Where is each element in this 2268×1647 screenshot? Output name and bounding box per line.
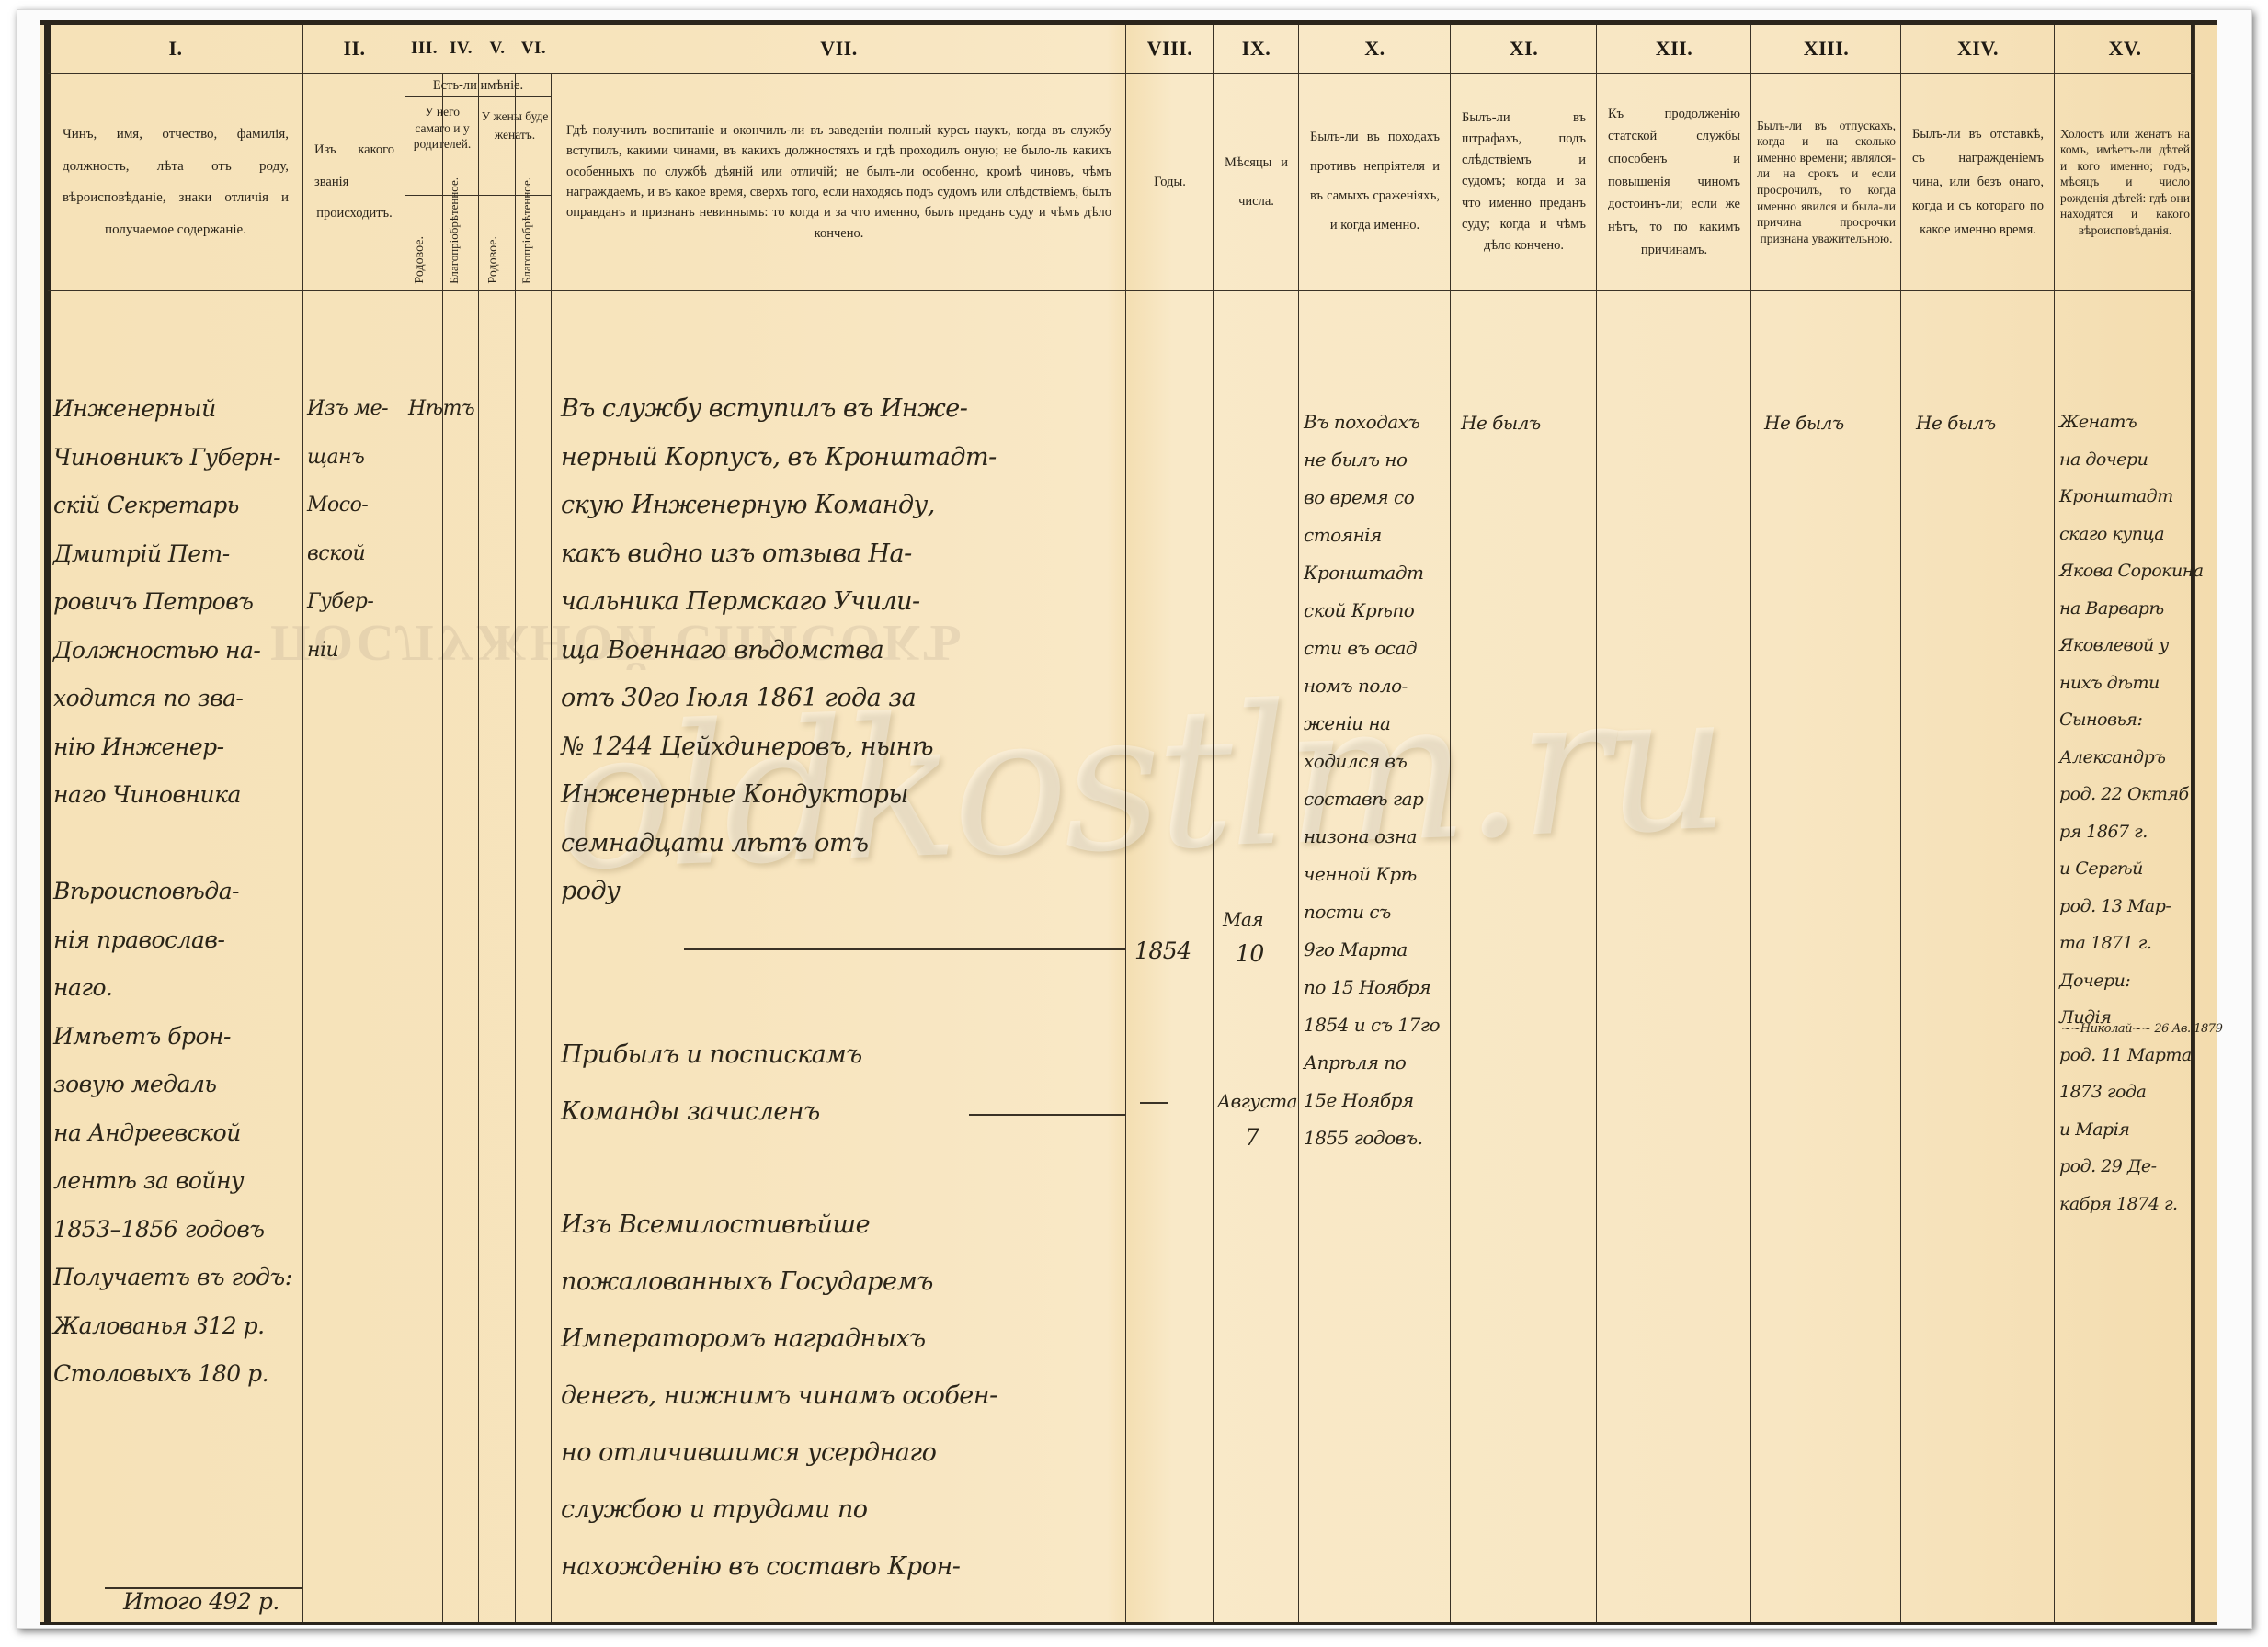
header-col11-penalties: Былъ-ли въ штрафахъ, подъ слѣдствіемъ и …	[1451, 74, 1597, 291]
estate-type-1: Родовое.	[413, 236, 427, 284]
header-numeral-4: IV.	[443, 25, 479, 74]
col-4	[443, 74, 479, 1622]
entry-col11-penalties: Не былъ	[1461, 403, 1541, 442]
entry-col1-total: Итого 492 р.	[123, 1578, 279, 1627]
entry-col15-family: Женатъ на дочери Кронштадт скаго купца Я…	[2059, 403, 2204, 1222]
header-estate-group: Есть-ли имѣніе.	[405, 74, 552, 97]
header-numeral-14: XIV.	[1901, 25, 2055, 74]
header-numeral-8: VIII.	[1126, 25, 1214, 74]
entry-col1-rank-name: Инженерный Чиновникъ Губерн- скій Секрет…	[53, 385, 292, 1399]
entry-col15-note: ~~Николай~~ 26 Ав. 1879	[2061, 1020, 2222, 1039]
header-numeral-13: XIII.	[1751, 25, 1901, 74]
entry-col7-career-c: Изъ Всемилостивѣйше пожалованныхъ Госуда…	[561, 1197, 997, 1596]
header-numeral-11: XI.	[1451, 25, 1597, 74]
header-col14-retirement: Былъ-ли въ отставкѣ, съ награжденіемъ чи…	[1901, 74, 2055, 291]
header-numeral-2: II.	[303, 25, 405, 74]
estate-type-3: Родовое.	[486, 236, 500, 284]
header-estate-types: Родовое. Благопріобрѣтенное. Родовое. Бл…	[405, 196, 552, 291]
entry-col7-career-b: Прибылъ и поспискамъ Команды зачисленъ	[561, 1027, 862, 1141]
entry-col7-career-a: Въ службу вступилъ въ Инже- нерный Корпу…	[561, 385, 997, 916]
header-numeral-12: XII.	[1597, 25, 1751, 74]
entry-col10-campaigns: Въ походахъ не былъ но во время со стоян…	[1304, 403, 1440, 1157]
entry-col9-day-1: 10	[1236, 930, 1264, 979]
col-3	[405, 74, 443, 1622]
header-numeral-5: V.	[479, 25, 516, 74]
header-col7-career: Гдѣ получилъ воспитаніе и окончилъ-ли въ…	[552, 74, 1126, 291]
header-col1-rank-name: Чинъ, имя, отчество, фамилія, должность,…	[48, 74, 303, 291]
estate-type-4: Благопріобрѣтенное.	[520, 177, 546, 284]
header-numeral-1: I.	[48, 25, 303, 74]
header-numeral-7: VII.	[552, 25, 1126, 74]
header-col2-origin: Изъ какого званія происходитъ.	[303, 74, 405, 291]
header-col13-leaves: Былъ-ли въ отпускахъ, когда и на сколько…	[1751, 74, 1901, 291]
service-record-sheet: ПОСЛУЖНОЙ СПИСОКЪ oldkostlm.ru I. II. II…	[40, 20, 2217, 1625]
estate-type-2: Благопріобрѣтенное.	[448, 177, 473, 284]
header-numeral-6: VI.	[516, 25, 552, 74]
year-dash	[1140, 1102, 1168, 1104]
entry-col3-estate: Нѣтъ	[408, 385, 474, 434]
entry-col9-day-2: 7	[1245, 1114, 1259, 1163]
header-numeral-3: III.	[405, 25, 443, 74]
entry-col8-year: 1854	[1134, 927, 1191, 976]
entry-col14-retirement: Не былъ	[1916, 403, 1996, 442]
header-col12-fitness: Къ продолженію статской службы способенъ…	[1597, 74, 1751, 291]
header-col8-years: Годы.	[1126, 74, 1214, 291]
career-rule-2	[969, 1114, 1126, 1116]
header-numeral-15: XV.	[2055, 25, 2195, 74]
col-6	[516, 74, 552, 1622]
header-numeral-9: IX.	[1214, 25, 1299, 74]
entry-col2-origin: Изъ ме- щанъ Мосо- вской Губер- ніи	[307, 385, 388, 675]
header-numeral-10: X.	[1299, 25, 1451, 74]
career-rule-1	[684, 948, 1126, 950]
header-col10-campaigns: Былъ-ли въ походахъ противъ непріятеля и…	[1299, 74, 1451, 291]
header-col15-family: Холостъ или женатъ на комъ, имѣетъ-ли дѣ…	[2055, 74, 2195, 291]
col-5	[479, 74, 516, 1622]
header-col9-months: Мѣсяцы и числа.	[1214, 74, 1299, 291]
entry-col13-leaves: Не былъ	[1764, 403, 1844, 442]
